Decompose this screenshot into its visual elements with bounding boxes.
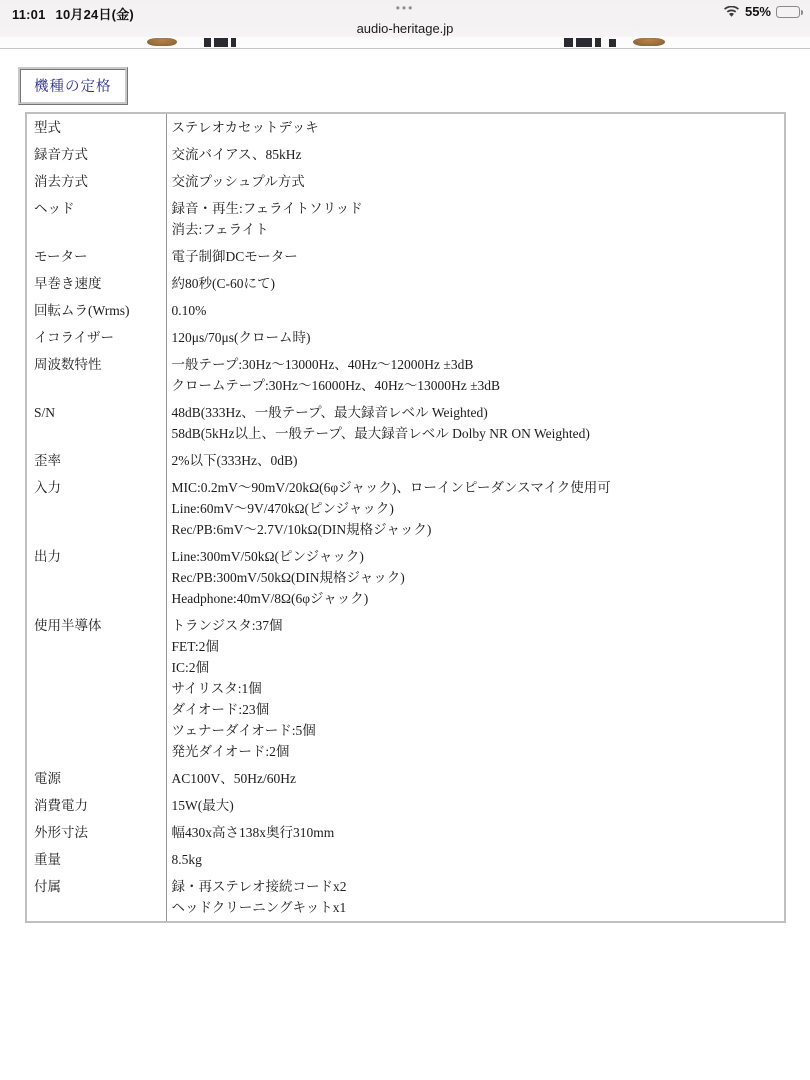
spec-value-line: 約80秒(C-60にて)	[172, 273, 777, 294]
status-right-cluster: 55%	[723, 4, 800, 19]
multitask-handle-icon[interactable]: •••	[0, 1, 810, 15]
safari-header: 11:0110月24日(金) ••• 55% audio-heritage.jp	[0, 0, 810, 49]
spec-value: 交流プッシュプル方式	[166, 168, 785, 195]
spec-value: ステレオカセットデッキ	[166, 113, 785, 141]
spec-value-line: Headphone:40mV/8Ω(6φジャック)	[172, 588, 777, 609]
product-image-fragment	[564, 38, 601, 47]
address-bar-domain[interactable]: audio-heritage.jp	[0, 21, 810, 36]
spec-table: 型式ステレオカセットデッキ録音方式交流バイアス、85kHz消去方式交流プッシュプ…	[25, 112, 786, 923]
table-row: 付属録・再ステレオ接続コードx2ヘッドクリーニングキットx1	[26, 873, 785, 922]
spec-value-line: ツェナーダイオード:5個	[172, 720, 777, 741]
table-row: S/N48dB(333Hz、一般テープ、最大録音レベル Weighted)58d…	[26, 399, 785, 447]
spec-value-line: ヘッドクリーニングキットx1	[172, 897, 777, 918]
spec-value: トランジスタ:37個FET:2個IC:2個サイリスタ:1個ダイオード:23個ツェ…	[166, 612, 785, 765]
spec-label: 消費電力	[26, 792, 166, 819]
spec-label: 早巻き速度	[26, 270, 166, 297]
spec-value: 録音・再生:フェライトソリッド消去:フェライト	[166, 195, 785, 243]
spec-value-line: 8.5kg	[172, 849, 777, 870]
spec-value: 一般テープ:30Hz〜13000Hz、40Hz〜12000Hz ±3dBクローム…	[166, 351, 785, 399]
table-row: 消去方式交流プッシュプル方式	[26, 168, 785, 195]
spec-value-line: Rec/PB:300mV/50kΩ(DIN規格ジャック)	[172, 567, 777, 588]
table-row: 早巻き速度約80秒(C-60にて)	[26, 270, 785, 297]
spec-label: 出力	[26, 543, 166, 612]
spec-value: 交流バイアス、85kHz	[166, 141, 785, 168]
spec-value: Line:300mV/50kΩ(ピンジャック)Rec/PB:300mV/50kΩ…	[166, 543, 785, 612]
spec-label: 消去方式	[26, 168, 166, 195]
spec-value-line: ステレオカセットデッキ	[172, 117, 777, 138]
table-row: 重量8.5kg	[26, 846, 785, 873]
table-row: 回転ムラ(Wrms)0.10%	[26, 297, 785, 324]
spec-value-line: 15W(最大)	[172, 795, 777, 816]
table-row: 周波数特性一般テープ:30Hz〜13000Hz、40Hz〜12000Hz ±3d…	[26, 351, 785, 399]
spec-value-line: Rec/PB:6mV〜2.7V/10kΩ(DIN規格ジャック)	[172, 519, 777, 540]
spec-value: 録・再ステレオ接続コードx2ヘッドクリーニングキットx1	[166, 873, 785, 922]
spec-value-line: 120μs/70μs(クローム時)	[172, 327, 777, 348]
wifi-icon	[723, 6, 740, 18]
table-row: 消費電力15W(最大)	[26, 792, 785, 819]
spec-value-line: 2%以下(333Hz、0dB)	[172, 450, 777, 471]
spec-value-line: 電子制御DCモーター	[172, 246, 777, 267]
spec-value-line: IC:2個	[172, 657, 777, 678]
spec-value-line: 消去:フェライト	[172, 219, 777, 240]
spec-value-line: 録・再ステレオ接続コードx2	[172, 876, 777, 897]
table-row: 電源AC100V、50Hz/60Hz	[26, 765, 785, 792]
spec-value: 15W(最大)	[166, 792, 785, 819]
spec-value-line: トランジスタ:37個	[172, 615, 777, 636]
spec-label: 回転ムラ(Wrms)	[26, 297, 166, 324]
spec-value-line: 幅430x高さ138x奥行310mm	[172, 822, 777, 843]
table-row: イコライザー120μs/70μs(クローム時)	[26, 324, 785, 351]
spec-label: 型式	[26, 113, 166, 141]
table-row: 型式ステレオカセットデッキ	[26, 113, 785, 141]
spec-value-line: 交流プッシュプル方式	[172, 171, 777, 192]
table-row: モーター電子制御DCモーター	[26, 243, 785, 270]
spec-value-line: 58dB(5kHz以上、一般テープ、最大録音レベル Dolby NR ON We…	[172, 423, 777, 444]
spec-label: 付属	[26, 873, 166, 922]
spec-value-line: 交流バイアス、85kHz	[172, 144, 777, 165]
section-title: 機種の定格	[18, 67, 128, 105]
spec-value-line: 48dB(333Hz、一般テープ、最大録音レベル Weighted)	[172, 402, 777, 423]
product-image-fragment	[204, 38, 236, 47]
table-row: 入力MIC:0.2mV〜90mV/20kΩ(6φジャック)、ローインピーダンスマ…	[26, 474, 785, 543]
spec-value: 電子制御DCモーター	[166, 243, 785, 270]
spec-label: 周波数特性	[26, 351, 166, 399]
table-row: 外形寸法幅430x高さ138x奥行310mm	[26, 819, 785, 846]
spec-label: S/N	[26, 399, 166, 447]
spec-label: 歪率	[26, 447, 166, 474]
table-row: 使用半導体トランジスタ:37個FET:2個IC:2個サイリスタ:1個ダイオード:…	[26, 612, 785, 765]
table-row: ヘッド録音・再生:フェライトソリッド消去:フェライト	[26, 195, 785, 243]
spec-table-body: 型式ステレオカセットデッキ録音方式交流バイアス、85kHz消去方式交流プッシュプ…	[26, 113, 785, 922]
spec-value: 0.10%	[166, 297, 785, 324]
spec-value: 8.5kg	[166, 846, 785, 873]
spec-value-line: 一般テープ:30Hz〜13000Hz、40Hz〜12000Hz ±3dB	[172, 354, 777, 375]
spec-value: 120μs/70μs(クローム時)	[166, 324, 785, 351]
spec-label: イコライザー	[26, 324, 166, 351]
spec-value-line: AC100V、50Hz/60Hz	[172, 768, 777, 789]
spec-value-line: ダイオード:23個	[172, 699, 777, 720]
spec-value-line: 0.10%	[172, 300, 777, 321]
spec-label: ヘッド	[26, 195, 166, 243]
battery-percent-label: 55%	[745, 4, 771, 19]
product-image-fragment	[633, 38, 665, 46]
spec-value: 48dB(333Hz、一般テープ、最大録音レベル Weighted)58dB(5…	[166, 399, 785, 447]
spec-value: 幅430x高さ138x奥行310mm	[166, 819, 785, 846]
product-image-fragment	[147, 38, 177, 46]
spec-value-line: MIC:0.2mV〜90mV/20kΩ(6φジャック)、ローインピーダンスマイク…	[172, 477, 777, 498]
table-row: 録音方式交流バイアス、85kHz	[26, 141, 785, 168]
spec-value-line: Line:300mV/50kΩ(ピンジャック)	[172, 546, 777, 567]
spec-value: 2%以下(333Hz、0dB)	[166, 447, 785, 474]
table-row: 出力Line:300mV/50kΩ(ピンジャック)Rec/PB:300mV/50…	[26, 543, 785, 612]
table-row: 歪率2%以下(333Hz、0dB)	[26, 447, 785, 474]
spec-value: AC100V、50Hz/60Hz	[166, 765, 785, 792]
spec-label: 入力	[26, 474, 166, 543]
ipad-safari-screen: 11:0110月24日(金) ••• 55% audio-heritage.jp	[0, 0, 810, 1080]
spec-value-line: 発光ダイオード:2個	[172, 741, 777, 762]
spec-label: 録音方式	[26, 141, 166, 168]
battery-icon	[776, 6, 800, 18]
spec-label: 重量	[26, 846, 166, 873]
spec-label: 外形寸法	[26, 819, 166, 846]
spec-value-line: Line:60mV〜9V/470kΩ(ピンジャック)	[172, 498, 777, 519]
spec-value-line: 録音・再生:フェライトソリッド	[172, 198, 777, 219]
page-content: 機種の定格 型式ステレオカセットデッキ録音方式交流バイアス、85kHz消去方式交…	[0, 49, 810, 923]
product-image-fragment	[609, 39, 616, 47]
spec-label: 電源	[26, 765, 166, 792]
spec-value-line: サイリスタ:1個	[172, 678, 777, 699]
spec-value-line: FET:2個	[172, 636, 777, 657]
spec-value: MIC:0.2mV〜90mV/20kΩ(6φジャック)、ローインピーダンスマイク…	[166, 474, 785, 543]
spec-value: 約80秒(C-60にて)	[166, 270, 785, 297]
spec-label: モーター	[26, 243, 166, 270]
spec-label: 使用半導体	[26, 612, 166, 765]
spec-value-line: クロームテープ:30Hz〜16000Hz、40Hz〜13000Hz ±3dB	[172, 375, 777, 396]
